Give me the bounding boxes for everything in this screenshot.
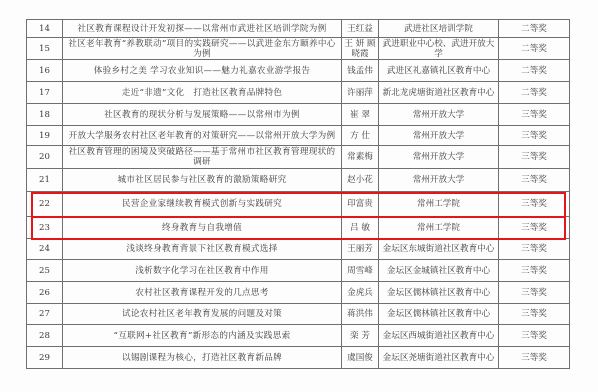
table-row: 15社区老年教育“养教联动”项目的实践研究——以武进金东方颐养中心为例王 妍 顾…	[27, 38, 570, 60]
row-number: 15	[27, 38, 63, 60]
author-name: 常素梅	[342, 146, 379, 169]
author-name: 蒋洪伟	[342, 304, 379, 325]
paper-title: 试论农村社区老年教育发展的问题及对策	[63, 304, 342, 325]
organization: 新北龙虎塘街道社区教育中心	[379, 82, 499, 104]
author-name: 王 妍 顾晓霞	[342, 38, 379, 60]
author-name: 方 仕	[342, 126, 379, 146]
award-level: 二等奖	[499, 20, 570, 38]
table-row: 17走近“非遗”文化 打造社区教育品牌特色许丽萍新北龙虎塘街道社区教育中心二等奖	[27, 82, 570, 104]
organization: 武进社区培训学院	[379, 20, 499, 38]
author-name: 王红益	[342, 20, 379, 38]
author-name: 周雪峰	[342, 260, 379, 282]
organization: 金坛区金城镇社区教育中心	[379, 260, 499, 282]
organization: 金坛区尧塘街道社区教育中心	[379, 347, 499, 369]
paper-title: 浅析数字化学习在社区教育中作用	[63, 260, 342, 282]
row-number: 18	[27, 104, 63, 126]
award-level: 三等奖	[499, 126, 570, 146]
row-number: 16	[27, 60, 63, 82]
table-row: 28“互联网+社区教育”新形态的内涵及实践思索栾 芳金坛区西城街道社区教育中心三…	[27, 325, 570, 347]
award-level: 二等奖	[499, 60, 570, 82]
award-level: 三等奖	[499, 239, 570, 260]
organization: 金坛区儒林镇社区教育中心	[379, 304, 499, 325]
row-number: 28	[27, 325, 63, 347]
paper-title: “互联网+社区教育”新形态的内涵及实践思索	[63, 325, 342, 347]
table-row: 18社区教育的现状分析与发展策略——以常州市为例崔 翠常州开放大学三等奖	[27, 104, 570, 126]
award-level: 二等奖	[499, 38, 570, 60]
author-name: 王丽芳	[342, 239, 379, 260]
award-level: 三等奖	[499, 169, 570, 192]
author-name: 虞国俊	[342, 347, 379, 369]
highlight-box-row-23	[31, 216, 566, 240]
table-row: 27试论农村社区老年教育发展的问题及对策蒋洪伟金坛区儒林镇社区教育中心三等奖	[27, 304, 570, 325]
paper-title: 走近“非遗”文化 打造社区教育品牌特色	[63, 82, 342, 104]
table-row: 25浅析数字化学习在社区教育中作用周雪峰金坛区金城镇社区教育中心三等奖	[27, 260, 570, 282]
award-level: 三等奖	[499, 282, 570, 304]
author-name: 钱孟伟	[342, 60, 379, 82]
award-level: 三等奖	[499, 104, 570, 126]
table-row: 21城市社区居民参与社区教育的激励策略研究赵小花常州开放大学三等奖	[27, 169, 570, 192]
author-name: 赵小花	[342, 169, 379, 192]
paper-title: 以锡剧课程为核心，打造社区教育新品牌	[63, 347, 342, 369]
organization: 金坛区儒林镇社区教育中心	[379, 282, 499, 304]
award-level: 三等奖	[499, 325, 570, 347]
paper-title: 城市社区居民参与社区教育的激励策略研究	[63, 169, 342, 192]
row-number: 19	[27, 126, 63, 146]
award-level: 二等奖	[499, 82, 570, 104]
author-name: 栾 芳	[342, 325, 379, 347]
table-row: 16体验乡村之美 学习农业知识——魅力礼嘉农业游学报告钱孟伟武进区礼嘉镇礼区教育…	[27, 60, 570, 82]
row-number: 29	[27, 347, 63, 369]
award-level: 三等奖	[499, 260, 570, 282]
award-level: 三等奖	[499, 146, 570, 169]
author-name: 金虎兵	[342, 282, 379, 304]
organization: 常州开放大学	[379, 146, 499, 169]
row-number: 25	[27, 260, 63, 282]
organization: 武进区礼嘉镇礼区教育中心	[379, 60, 499, 82]
row-number: 20	[27, 146, 63, 169]
paper-title: 社区老年教育“养教联动”项目的实践研究——以武进金东方颐养中心为例	[63, 38, 342, 60]
row-number: 17	[27, 82, 63, 104]
award-level: 三等奖	[499, 347, 570, 369]
table-row: 20社区教育管理的困境及突破路径——基于常州市社区教育管理现状的调研常素梅常州开…	[27, 146, 570, 169]
author-name: 许丽萍	[342, 82, 379, 104]
table-row: 19开放大学服务农村社区老年教育的对策研究——以常州开放大学为例方 仕常州开放大…	[27, 126, 570, 146]
award-level: 三等奖	[499, 304, 570, 325]
row-number: 27	[27, 304, 63, 325]
paper-title: 体验乡村之美 学习农业知识——魅力礼嘉农业游学报告	[63, 60, 342, 82]
highlight-box-row-22	[31, 192, 566, 218]
organization: 金坛区西城街道社区教育中心	[379, 325, 499, 347]
table-row: 14社区教育课程设计开发初探——以常州市武进社区培训学院为例王红益武进社区培训学…	[27, 20, 570, 38]
paper-title: 农村社区教育课程开发的几点思考	[63, 282, 342, 304]
table-row: 29以锡剧课程为核心，打造社区教育新品牌虞国俊金坛区尧塘街道社区教育中心三等奖	[27, 347, 570, 369]
organization: 金坛区东城街道社区教育中心	[379, 239, 499, 260]
row-number: 21	[27, 169, 63, 192]
paper-title: 社区教育的现状分析与发展策略——以常州市为例	[63, 104, 342, 126]
paper-title: 浅谈终身教育背景下社区教育模式选择	[63, 239, 342, 260]
organization: 常州开放大学	[379, 169, 499, 192]
row-number: 24	[27, 239, 63, 260]
paper-title: 社区教育管理的困境及突破路径——基于常州市社区教育管理现状的调研	[63, 146, 342, 169]
organization: 常州开放大学	[379, 104, 499, 126]
organization: 常州开放大学	[379, 126, 499, 146]
table-row: 26农村社区教育课程开发的几点思考金虎兵金坛区儒林镇社区教育中心三等奖	[27, 282, 570, 304]
paper-title: 开放大学服务农村社区老年教育的对策研究——以常州开放大学为例	[63, 126, 342, 146]
organization: 武进职业中心校、武进开放大学	[379, 38, 499, 60]
author-name: 崔 翠	[342, 104, 379, 126]
row-number: 26	[27, 282, 63, 304]
row-number: 14	[27, 20, 63, 38]
document-page: 14社区教育课程设计开发初探——以常州市武进社区培训学院为例王红益武进社区培训学…	[0, 0, 598, 392]
paper-title: 社区教育课程设计开发初探——以常州市武进社区培训学院为例	[63, 20, 342, 38]
table-row: 24浅谈终身教育背景下社区教育模式选择王丽芳金坛区东城街道社区教育中心三等奖	[27, 239, 570, 260]
